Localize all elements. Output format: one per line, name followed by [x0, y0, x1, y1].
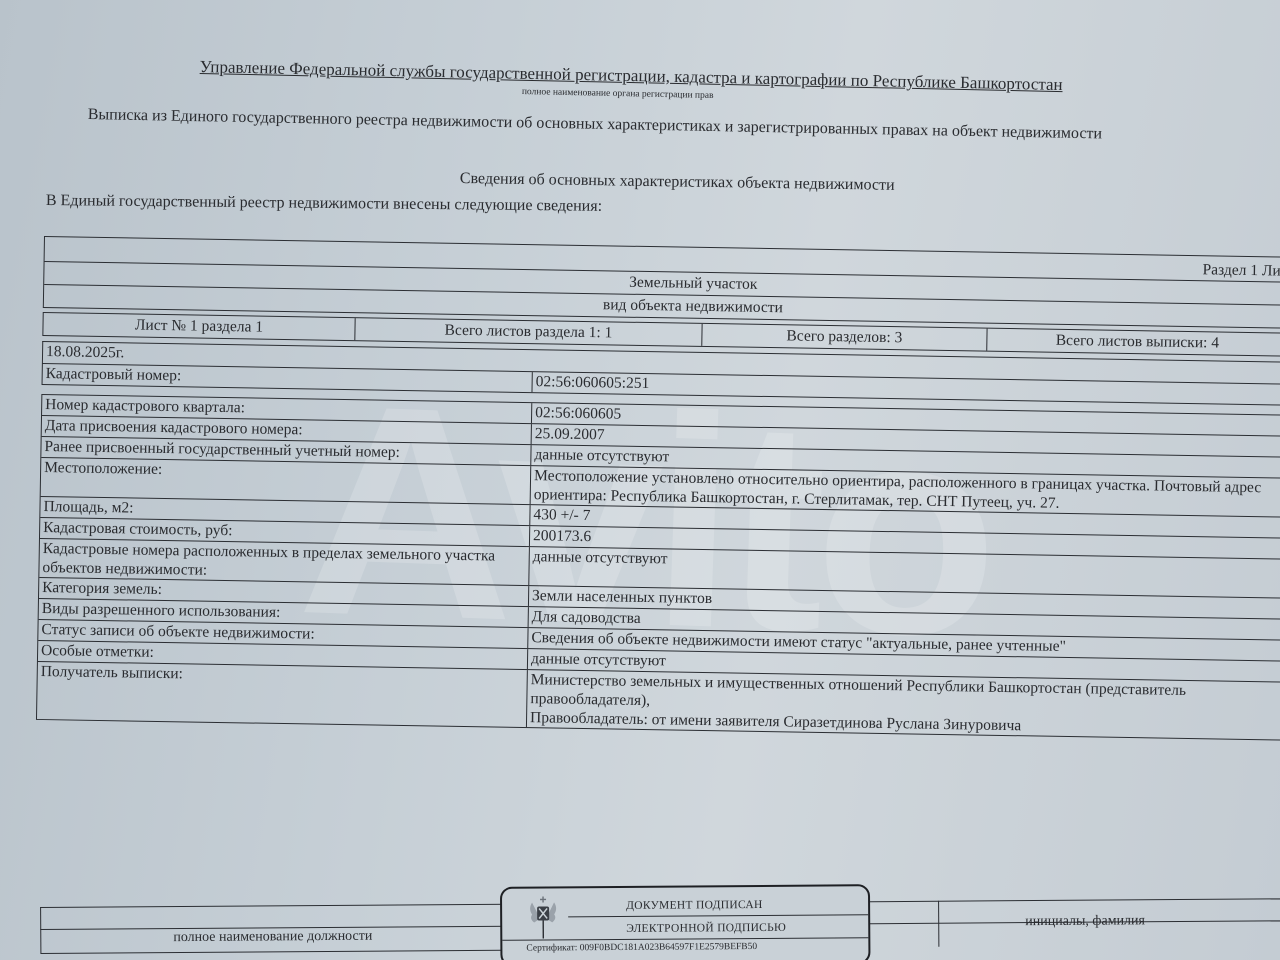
section-title: Сведения об основных характеристиках объ… — [460, 170, 895, 195]
section-label: Раздел 1 Ли — [1202, 261, 1280, 280]
stamp-line-2: ЭЛЕКТРОННОЙ ПОДПИСЬЮ — [626, 922, 786, 935]
total-sections: Всего разделов: 3 — [702, 324, 987, 351]
authority-caption: полное наименование органа регистрации п… — [522, 87, 714, 101]
property-value: Министерство земельных и имущественных о… — [527, 670, 1280, 739]
signature-block: полное наименование должности инициалы, … — [40, 886, 1280, 960]
property-label: Местоположение: — [41, 458, 532, 504]
intro-text: В Единый государственный реестр недвижим… — [46, 192, 602, 216]
stamp-line-1: ДОКУМЕНТ ПОДПИСАН — [626, 899, 763, 912]
sheet-number: Лист № 1 раздела 1 — [43, 313, 355, 340]
coat-of-arms-icon — [526, 894, 560, 938]
total-sheets: Всего листов выписки: 4 — [987, 329, 1280, 356]
electronic-signature-stamp: ДОКУМЕНТ ПОДПИСАН ЭЛЕКТРОННОЙ ПОДПИСЬЮ С… — [500, 884, 871, 960]
property-label: Получатель выписки: — [37, 662, 528, 727]
extract-sheet: Раздел 1 Ли Земельный участок вид объект… — [36, 236, 1280, 741]
certificate-number: Сертификат: 009F0BDC181A023B64597F1E2579… — [526, 942, 757, 954]
properties-table: Номер кадастрового квартала:02:56:060605… — [36, 394, 1280, 742]
sheets-in-section: Всего листов раздела 1: 1 — [355, 318, 702, 346]
property-label: Кадастровые номера расположенных в преде… — [39, 539, 530, 585]
position-caption: полное наименование должности — [173, 929, 372, 946]
initials-caption: инициалы, фамилия — [1025, 913, 1145, 930]
document-title: Выписка из Единого государственного реес… — [88, 106, 1103, 143]
